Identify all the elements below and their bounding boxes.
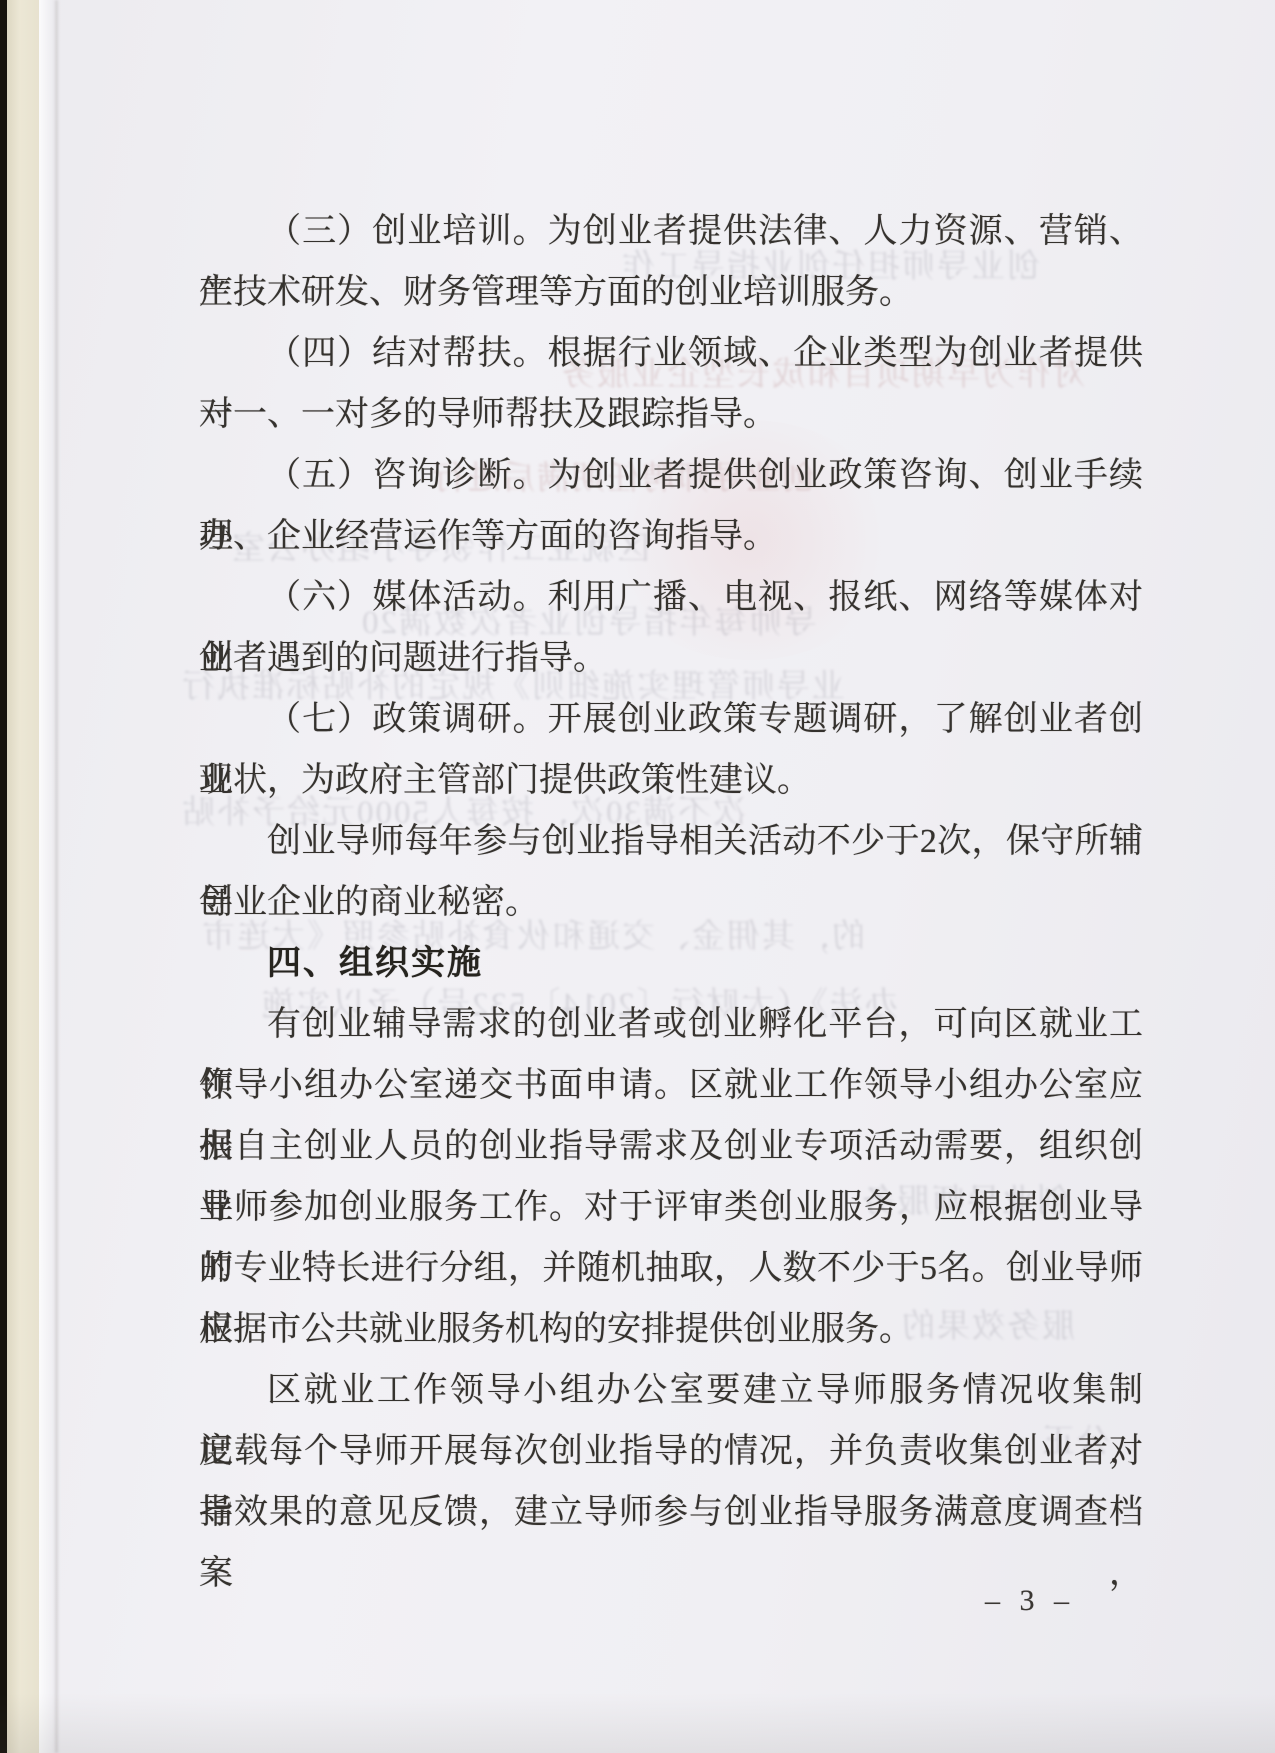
text-line: 导效果的意见反馈，建立导师参与创业指导服务满意度调查档案， — [199, 1482, 1143, 1543]
text-line: 记载每个导师开展每次创业指导的情况，并负责收集创业者对指 — [199, 1421, 1143, 1482]
text-line: （七）政策调研。开展创业政策专题调研，了解创业者创业 — [199, 689, 1143, 750]
scanner-edge-shadow — [0, 0, 7, 1753]
text-line: 创业导师每年参与创业指导相关活动不少于2次，保守所辅导 — [199, 811, 1143, 872]
text-line: 业者遇到的问题进行指导。 — [199, 628, 1143, 689]
section-heading: 四、组织实施 — [199, 933, 1143, 994]
text-line: 的专业特长进行分组，并随机抽取，人数不少于5名。创业导师应 — [199, 1238, 1143, 1299]
text-line: （五）咨询诊断。为创业者提供创业政策咨询、创业手续办 — [199, 445, 1143, 506]
text-line: 对一、一对多的导师帮扶及跟踪指导。 — [199, 384, 1143, 445]
text-line: 产技术研发、财务管理等方面的创业培训服务。 — [199, 262, 1143, 323]
text-line: （四）结对帮扶。根据行业领域、企业类型为创业者提供一 — [199, 323, 1143, 384]
page-edge-highlight — [39, 0, 53, 1753]
text-line: 有创业辅导需求的创业者或创业孵化平台，可向区就业工作 — [199, 994, 1143, 1055]
text-line: 据自主创业人员的创业指导需求及创业专项活动需要，组织创业 — [199, 1116, 1143, 1177]
text-line: 现状，为政府主管部门提供政策性建议。 — [199, 750, 1143, 811]
underlying-page-edge — [7, 0, 39, 1753]
text-line: （六）媒体活动。利用广播、电视、报纸、网络等媒体对创 — [199, 567, 1143, 628]
text-line: 创业企业的商业秘密。 — [199, 872, 1143, 933]
paper-crease — [55, 0, 58, 1753]
scanned-document-page: 创业导师担任创业指导工作对作为早期项目和成长型企业服务创业导师聘任期满后进行区就… — [0, 0, 1275, 1753]
scan-vignette — [0, 1693, 1275, 1753]
page-number: – 3 – — [985, 1584, 1075, 1618]
text-line: 领导小组办公室递交书面申请。区就业工作领导小组办公室应根 — [199, 1055, 1143, 1116]
document-body-text: （三）创业培训。为创业者提供法律、人力资源、营销、生产技术研发、财务管理等方面的… — [199, 201, 1143, 1543]
text-line: 区就业工作领导小组办公室要建立导师服务情况收集制度， — [199, 1360, 1143, 1421]
text-line: （三）创业培训。为创业者提供法律、人力资源、营销、生 — [199, 201, 1143, 262]
text-line: 理、企业经营运作等方面的咨询指导。 — [199, 506, 1143, 567]
text-line: 导师参加创业服务工作。对于评审类创业服务，应根据创业导师 — [199, 1177, 1143, 1238]
text-line: 根据市公共就业服务机构的安排提供创业服务。 — [199, 1299, 1143, 1360]
